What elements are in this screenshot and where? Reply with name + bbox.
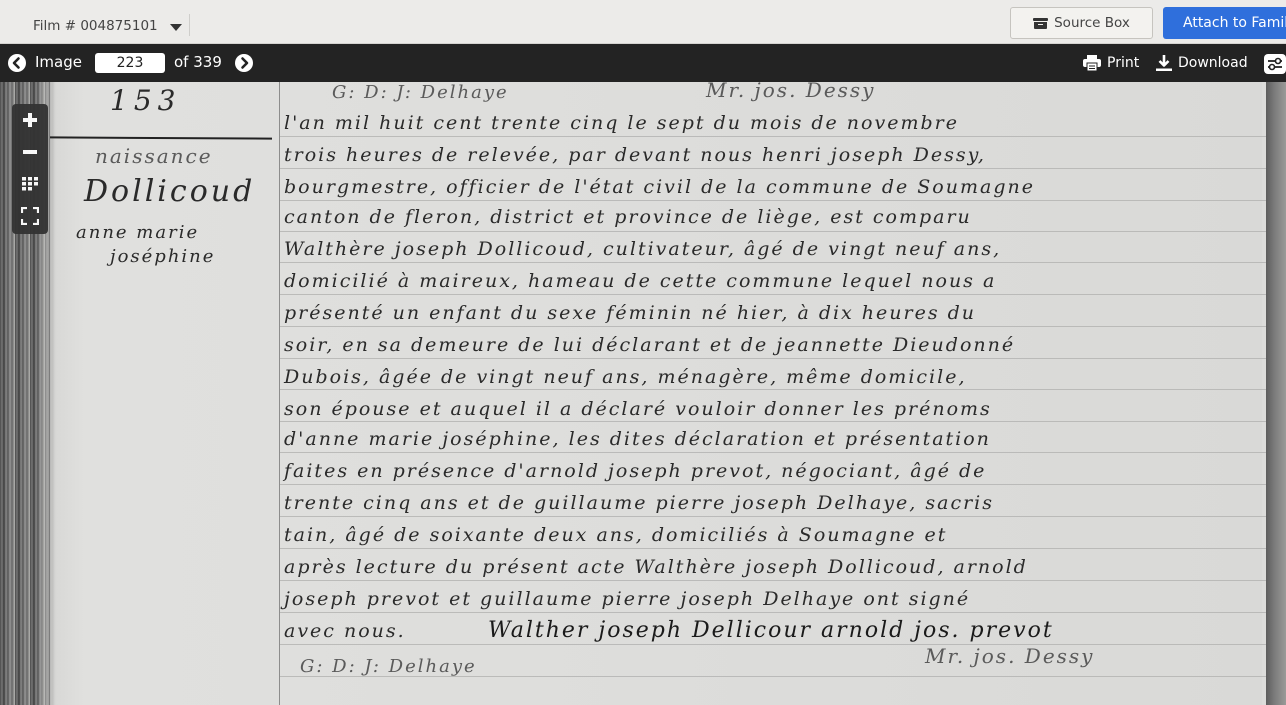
download-button[interactable]: Download: [1155, 54, 1248, 72]
ruled-line: [280, 326, 1266, 327]
record-line: trois heures de relevée, par devant nous…: [284, 144, 986, 166]
download-icon: [1155, 54, 1173, 72]
chevron-right-icon: [235, 54, 253, 72]
record-line: faites en présence d'arnold joseph prevo…: [284, 460, 986, 482]
ruled-line: [280, 168, 1266, 169]
gallery-view-button[interactable]: [12, 168, 48, 200]
record-number: 153: [110, 84, 181, 117]
ruled-line: [280, 452, 1266, 453]
print-label: Print: [1107, 55, 1139, 71]
zoom-controls: [12, 104, 48, 234]
ruled-line: [280, 136, 1266, 137]
minus-icon: [21, 143, 39, 161]
ruled-line: [280, 580, 1266, 581]
zoom-out-button[interactable]: [12, 136, 48, 168]
source-box-label: Source Box: [1054, 15, 1130, 31]
film-number-label: Film # 004875101: [33, 18, 158, 34]
record-line: trente cinq ans et de guillaume pierre j…: [284, 492, 994, 514]
download-label: Download: [1178, 55, 1248, 71]
ruled-line: [280, 262, 1266, 263]
image-adjust-button[interactable]: [1264, 54, 1286, 74]
record-line: l'an mil huit cent trente cinq le sept d…: [284, 112, 959, 134]
expand-icon: [21, 207, 39, 225]
divider: [189, 14, 190, 36]
mayor-signature: Mr. jos. Dessy: [925, 644, 1094, 668]
grid-icon: [21, 175, 39, 193]
ruled-line: [280, 358, 1266, 359]
printer-icon: [1082, 54, 1102, 72]
ruled-line: [280, 612, 1266, 613]
record-line: présenté un enfant du sexe féminin né hi…: [284, 302, 976, 324]
ruled-line: [280, 231, 1266, 232]
image-toolbar: Image of 339 Print Download: [0, 44, 1286, 82]
record-line: après lecture du présent acte Walthère j…: [284, 556, 1028, 578]
record-line: Dubois, âgée de vingt neuf ans, ménagère…: [284, 366, 966, 388]
page-number-input[interactable]: [95, 53, 165, 73]
zoom-in-button[interactable]: [12, 104, 48, 136]
plus-icon: [21, 111, 39, 129]
ruled-line: [280, 548, 1266, 549]
ruled-line: [280, 484, 1266, 485]
record-line: bourgmestre, officier de l'état civil de…: [284, 176, 1035, 198]
archive-box-icon: [1033, 18, 1048, 29]
record-line: son épouse et auquel il a déclaré vouloi…: [284, 398, 992, 420]
ruled-line: [280, 644, 1266, 645]
document-image-viewer[interactable]: 153 naissance Dollicoud anne marie josép…: [0, 82, 1286, 705]
record-line: d'anne marie joséphine, les dites déclar…: [284, 428, 991, 450]
record-line: canton de fleron, district et province d…: [284, 206, 972, 228]
ruled-line: [280, 421, 1266, 422]
top-bar: Film # 004875101 Source Box Attach to Fa…: [0, 0, 1286, 44]
record-line: joseph prevot et guillaume pierre joseph…: [284, 588, 970, 610]
source-box-button[interactable]: Source Box: [1010, 7, 1153, 39]
chevron-left-icon: [8, 54, 26, 72]
ruled-line: [280, 516, 1266, 517]
margin-line: naissance: [95, 144, 213, 168]
fullscreen-button[interactable]: [12, 200, 48, 232]
sliders-icon: [1264, 54, 1286, 74]
record-line: Walthère joseph Dollicoud, cultivateur, …: [284, 238, 1001, 260]
record-line: soir, en sa demeure de lui déclarant et …: [284, 334, 1015, 356]
next-image-button[interactable]: [235, 54, 253, 72]
margin-rule-left: [49, 82, 50, 705]
attach-to-family-tree-button[interactable]: Attach to Family Tree: [1163, 7, 1286, 39]
caret-down-icon[interactable]: [170, 24, 182, 31]
header-signature-left: G: D: J: Delhaye: [332, 82, 509, 103]
previous-image-button[interactable]: [8, 54, 26, 72]
page-right-edge: [1266, 82, 1286, 705]
ruled-line: [280, 389, 1266, 390]
record-line: tain, âgé de soixante deux ans, domicili…: [284, 524, 947, 546]
margin-line: anne marie: [76, 222, 199, 243]
print-button[interactable]: Print: [1082, 54, 1139, 72]
header-signature-right: Mr. jos. Dessy: [706, 82, 875, 102]
film-selector[interactable]: Film # 004875101: [33, 16, 190, 36]
attach-label: Attach to Family Tree: [1183, 15, 1286, 31]
record-line: avec nous.: [284, 620, 406, 642]
signatures-line: Walther joseph Dellicour arnold jos. pre…: [488, 618, 1054, 643]
image-label: Image: [35, 53, 82, 71]
total-pages-label: of 339: [174, 53, 222, 71]
margin-surname: Dollicoud: [84, 174, 255, 209]
record-line: domicilié à maireux, hameau de cette com…: [284, 270, 996, 292]
ruled-line: [280, 200, 1266, 201]
ruled-line: [280, 294, 1266, 295]
witness-signature: G: D: J: Delhaye: [300, 656, 477, 677]
margin-line: joséphine: [110, 246, 215, 267]
